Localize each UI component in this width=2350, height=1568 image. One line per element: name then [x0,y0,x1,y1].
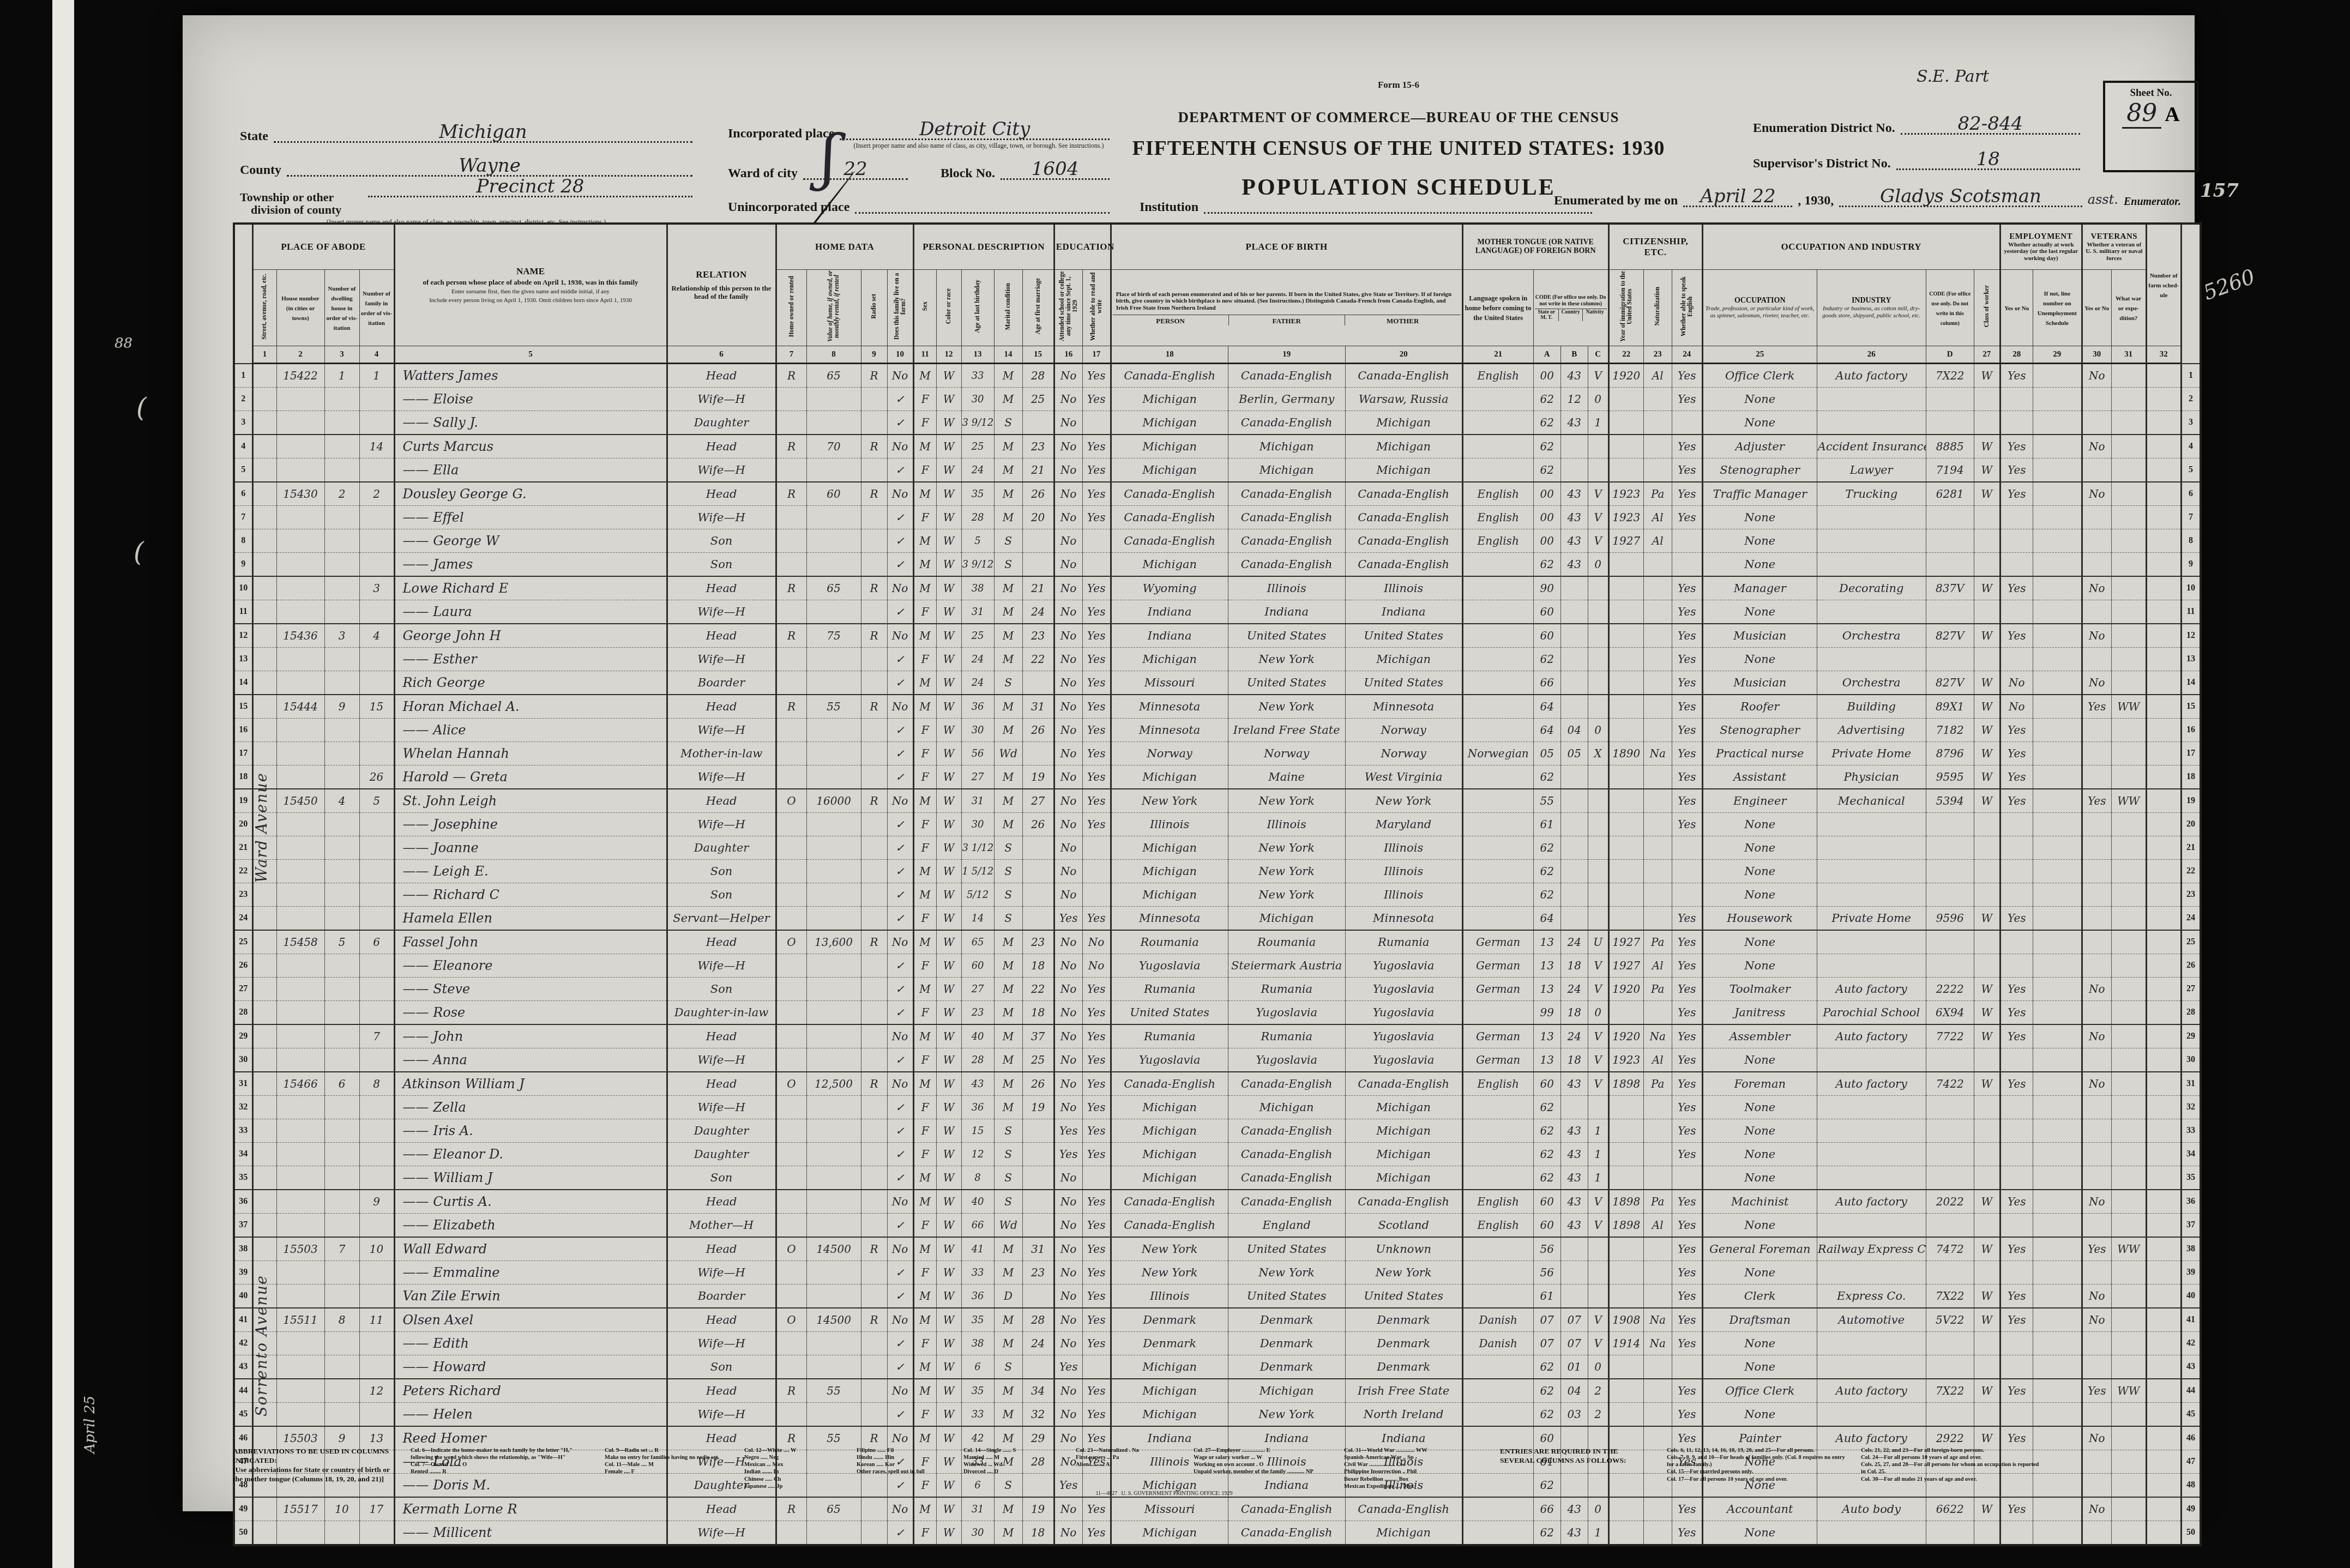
enumerated-year: , 1930, [1798,194,1834,207]
cell-bm: United States [1345,624,1462,648]
cell-cc [1588,1237,1608,1261]
cell-cc: 2 [1588,1379,1608,1403]
cell-lr: 45 [2181,1403,2201,1427]
cell-ln: 37 [234,1214,252,1238]
cell-sc: No [1054,624,1082,648]
cell-cc [1588,883,1608,907]
cell-bp: Yugoslavia [1111,1048,1228,1072]
cell-in [1817,1119,1926,1143]
cell-ow [776,1166,806,1190]
cell-bp: Indiana [1111,1426,1228,1450]
cell-am: 28 [1022,1308,1054,1332]
cell-st [252,1497,276,1521]
cell-cr: W [936,954,961,978]
cell-wl [2033,836,2082,860]
cell-nm: Reed Homer [394,1426,667,1450]
cell-hn [276,1521,324,1546]
cell-bm: Norway [1345,719,1462,742]
cell-st [252,482,276,506]
cell-cw: W [1974,978,2000,1001]
cell-ca: 60 [1533,1426,1560,1450]
cell-dw: 9 [324,1426,359,1450]
cell-in: Accident Insurance [1817,435,1926,459]
cell-bp: Canada-English [1111,529,1228,553]
cell-mt: English [1462,482,1533,506]
cell-rl: Wife—H [667,600,776,624]
place-of-birth-header: PLACE OF BIRTH [1111,224,1462,270]
cell-rd [861,529,887,553]
cell-vl [806,1261,861,1284]
cell-vw [2111,529,2146,553]
cell-cd [1926,1119,1974,1143]
table-row: 42—— EdithWife—H✓FW38M24NoYesDenmarkDenm… [234,1332,2201,1355]
form-number: Form 15-6 [990,80,1807,91]
cell-vl [806,671,861,695]
cell-fm [359,1096,394,1119]
cell-ow: O [776,1072,806,1096]
table-row: 61543022Dousley George G.HeadR60RNoMW35M… [234,482,2201,506]
cell-fm [359,1284,394,1308]
cell-oc: None [1702,930,1817,954]
cell-fa: ✓ [887,719,913,742]
cell-bf: Michigan [1228,907,1345,931]
cell-fs [2146,836,2181,860]
cell-nm: —— Laura [394,600,667,624]
cell-vy [2082,506,2111,529]
cell-am: 22 [1022,978,1054,1001]
cell-rd [861,553,887,577]
cell-cd: 5V22 [1926,1308,1974,1332]
cell-en: Yes [1672,1497,1702,1521]
cell-am: 32 [1022,1403,1054,1427]
state-label: State [240,130,268,143]
cell-nm: —— Richard C [394,883,667,907]
cell-na [1643,600,1672,624]
table-row: 9—— JamesSon✓MW3 9/12SNoMichiganCanada-E… [234,553,2201,577]
cell-vl [806,388,861,411]
cell-sc: Yes [1054,907,1082,931]
cell-bm: Yugoslavia [1345,1001,1462,1025]
cell-hn [276,600,324,624]
cell-cw: W [1974,1497,2000,1521]
cell-vl [806,1119,861,1143]
cell-bf: Rumania [1228,978,1345,1001]
cell-cb: 43 [1560,411,1588,435]
cell-mr: S [994,1166,1022,1190]
cell-sc: No [1054,1166,1082,1190]
cell-mt [1462,388,1533,411]
veteran-war-header: What war or expe­dition? [2111,270,2146,346]
cell-bp: Indiana [1111,624,1228,648]
cell-vl [806,1403,861,1427]
cell-ow [776,411,806,435]
cell-mr: M [994,789,1022,813]
cell-cb [1560,576,1588,600]
cell-vy [2082,1355,2111,1379]
sup-district-field: Supervisor's District No. 18 [1753,152,2080,170]
cell-ca: 13 [1533,1024,1560,1048]
cell-fa: ✓ [887,860,913,883]
cell-rw [1082,1355,1111,1379]
cell-vl: 65 [806,576,861,600]
cell-rl: Head [667,1426,776,1450]
cell-rd [861,1521,887,1546]
cell-rw: Yes [1082,1332,1111,1355]
cell-ag: 66 [961,1214,994,1238]
cell-rw: Yes [1082,576,1111,600]
employment-line-header: If not, line number on Unem­ployment Sch… [2033,270,2082,346]
cell-cc: 0 [1588,553,1608,577]
cell-dw [324,1166,359,1190]
cell-bf: Denmark [1228,1332,1345,1355]
relation-header: RELATION Relationship of this person to … [667,224,776,346]
cell-fs [2146,1001,2181,1025]
cell-fa: ✓ [887,459,913,483]
cell-ca: 62 [1533,1379,1560,1403]
cell-rd: R [861,1072,887,1096]
cell-na [1643,1096,1672,1119]
cell-fs [2146,1024,2181,1048]
cell-hn [276,860,324,883]
cell-ag: 40 [961,1190,994,1214]
cell-lr: 5 [2181,459,2201,483]
cell-sc: No [1054,529,1082,553]
cell-cw [1974,813,2000,836]
cell-cc: V [1588,506,1608,529]
cell-lr: 39 [2181,1261,2201,1284]
cell-cw [1974,411,2000,435]
cell-in [1817,1403,1926,1427]
cell-im [1608,1403,1643,1427]
cell-fa: ✓ [887,742,913,765]
cell-mr: M [994,1308,1022,1332]
cell-cd: 827V [1926,671,1974,695]
cell-dw [324,836,359,860]
cell-cb [1560,435,1588,459]
cell-am: 26 [1022,482,1054,506]
cell-lr: 14 [2181,671,2201,695]
cell-nm: —— Elizabeth [394,1214,667,1238]
cell-ow [776,836,806,860]
cell-bf: New York [1228,789,1345,813]
cell-wy: Yes [2000,907,2033,931]
cell-vy [2082,719,2111,742]
cell-rd: R [861,624,887,648]
cell-wy [2000,930,2033,954]
cell-bm: Yugoslavia [1345,978,1462,1001]
cell-ln: 50 [234,1521,252,1546]
cell-rw: Yes [1082,978,1111,1001]
cell-mr: M [994,1497,1022,1521]
cell-oc: None [1702,411,1817,435]
ward-value: 22 [803,161,908,180]
cell-cw [1974,1521,2000,1546]
cell-wy [2000,836,2033,860]
cell-oc: Practical nurse [1702,742,1817,765]
cell-bf: Maine [1228,765,1345,789]
cell-mr: M [994,813,1022,836]
cell-hn [276,1403,324,1427]
cell-bm: Denmark [1345,1355,1462,1379]
cell-im [1608,1237,1643,1261]
cell-rw: Yes [1082,789,1111,813]
cell-vw [2111,1048,2146,1072]
cell-mr: M [994,978,1022,1001]
marital-header: Marital condition [994,270,1022,346]
cell-mt [1462,1403,1533,1427]
cell-vw [2111,576,2146,600]
cell-fm: 12 [359,1379,394,1403]
cell-fs [2146,1096,2181,1119]
cell-vl: 14500 [806,1308,861,1332]
age-header: Age at last birthday [961,270,994,346]
cell-bm: Canada-English [1345,529,1462,553]
cell-cb [1560,789,1588,813]
cell-st [252,1143,276,1166]
cell-rw: Yes [1082,1403,1111,1427]
cell-mr: M [994,1001,1022,1025]
cell-fm [359,529,394,553]
cell-am: 34 [1022,1379,1054,1403]
cell-sc: No [1054,435,1082,459]
cell-mt: German [1462,1024,1533,1048]
cell-rw: No [1082,954,1111,978]
cell-rl: Head [667,1190,776,1214]
cell-rd [861,883,887,907]
cell-na: Pa [1643,978,1672,1001]
cell-mt: German [1462,930,1533,954]
cell-mt [1462,1143,1533,1166]
cell-nm: Dousley George G. [394,482,667,506]
table-row: 39—— EmmalineWife—H✓FW33M23NoYesNew York… [234,1261,2201,1284]
cell-sx: M [913,1166,936,1190]
cell-cd: 89X1 [1926,695,1974,719]
cell-wy: Yes [2000,624,2033,648]
cell-am: 23 [1022,1261,1054,1284]
cell-mr: S [994,553,1022,577]
cell-bp: Michigan [1111,765,1228,789]
cell-cr: W [936,1403,961,1427]
cell-bf: Michigan [1228,1379,1345,1403]
cell-nm: —— Emmaline [394,1261,667,1284]
cell-ow [776,648,806,671]
cell-dw [324,1379,359,1403]
cell-bf: Michigan [1228,459,1345,483]
cell-en: Yes [1672,388,1702,411]
cell-rw: Yes [1082,648,1111,671]
cell-fs [2146,695,2181,719]
cell-rd [861,1284,887,1308]
table-row: 3815503710Wall EdwardHeadO14500RNoMW41M3… [234,1237,2201,1261]
cell-mt: English [1462,529,1533,553]
cell-rl: Head [667,789,776,813]
cell-fm: 6 [359,930,394,954]
cell-cr: W [936,860,961,883]
cell-sc: No [1054,482,1082,506]
cell-wl [2033,1261,2082,1284]
cell-wy [2000,813,2033,836]
cell-ow [776,529,806,553]
cell-hn [276,1143,324,1166]
cell-fs [2146,459,2181,483]
cell-oc: Musician [1702,671,1817,695]
cell-ca: 13 [1533,930,1560,954]
cell-mr: M [994,576,1022,600]
cell-nm: —— Anna [394,1048,667,1072]
cell-mt [1462,907,1533,931]
cell-mt [1462,1379,1533,1403]
cell-in [1817,648,1926,671]
cell-sx: M [913,883,936,907]
cell-vl: 65 [806,1497,861,1521]
cell-oc: None [1702,506,1817,529]
cell-bp: Rumania [1111,1024,1228,1048]
cell-sx: F [913,388,936,411]
cell-am: 29 [1022,1426,1054,1450]
cell-im [1608,624,1643,648]
cell-bm: Yugoslavia [1345,1024,1462,1048]
cell-cr: W [936,553,961,577]
cell-cd [1926,553,1974,577]
cell-fm [359,836,394,860]
cell-mt: German [1462,978,1533,1001]
cell-vy: No [2082,1426,2111,1450]
sheet-label: Sheet No. [2105,87,2197,99]
cell-im [1608,576,1643,600]
cell-fm: 10 [359,1237,394,1261]
cell-wl [2033,719,2082,742]
cell-vl [806,1355,861,1379]
cell-cr: W [936,1143,961,1166]
cell-am [1022,1284,1054,1308]
cell-vw: WW [2111,695,2146,719]
class-of-worker-header: Class of worker [1974,270,2000,346]
cell-rl: Servant—Helper [667,907,776,931]
cell-cc [1588,789,1608,813]
cell-ca: 56 [1533,1237,1560,1261]
cell-bm: Michigan [1345,1096,1462,1119]
cell-in: Trucking [1817,482,1926,506]
cell-sc: No [1054,1521,1082,1546]
cell-en: Yes [1672,1119,1702,1143]
table-row: 13—— EstherWife—H✓FW24M22NoYesMichiganNe… [234,648,2201,671]
cell-cc [1588,624,1608,648]
cell-hn [276,1119,324,1143]
cell-im [1608,813,1643,836]
cell-oc: None [1702,954,1817,978]
cell-hn [276,813,324,836]
cell-dw: 9 [324,695,359,719]
cell-cr: W [936,411,961,435]
cell-bm: Illinois [1345,576,1462,600]
cell-vy [2082,388,2111,411]
cell-bp: Missouri [1111,671,1228,695]
cell-fs [2146,576,2181,600]
cell-vl [806,1166,861,1190]
cell-ag: 27 [961,978,994,1001]
cell-vw [2111,388,2146,411]
street-name-sorrento-avenue: Sorrento Avenue [254,1237,270,1455]
cell-vy: No [2082,1072,2111,1096]
cell-ag: 33 [961,1403,994,1427]
cell-vy [2082,553,2111,577]
cell-rw: Yes [1082,506,1111,529]
incorporated-field: Incorporated place Detroit City [728,122,1110,140]
cell-sx: M [913,789,936,813]
cell-mr: S [994,411,1022,435]
cell-cr: W [936,1048,961,1072]
cell-nm: —— Ella [394,459,667,483]
cell-fa: ✓ [887,671,913,695]
cell-fa: ✓ [887,1214,913,1238]
cell-ca: 64 [1533,907,1560,931]
cell-lr: 29 [2181,1024,2201,1048]
cell-mr: M [994,1024,1022,1048]
street-name-ward-avenue: Ward Avenue [254,670,270,986]
cell-im [1608,765,1643,789]
cell-rw: Yes [1082,742,1111,765]
cell-rw: Yes [1082,1261,1111,1284]
cell-cc: 0 [1588,388,1608,411]
cell-nm: Peters Richard [394,1379,667,1403]
table-row: 35—— William JSon✓MW8SNoMichiganCanada-E… [234,1166,2201,1190]
cell-vl [806,648,861,671]
cell-ca: 66 [1533,671,1560,695]
cell-ln: 34 [234,1143,252,1166]
cell-vy: No [2082,1497,2111,1521]
cell-hn [276,1261,324,1284]
cell-en: Yes [1672,1332,1702,1355]
cell-cb [1560,459,1588,483]
cell-fa: No [887,1024,913,1048]
cell-fa: ✓ [887,1166,913,1190]
cell-cw: W [1974,695,2000,719]
table-row: 4412Peters RichardHeadR55NoMW35M34NoYesM… [234,1379,2201,1403]
cell-rd [861,671,887,695]
cell-cd [1926,1048,1974,1072]
cell-cd [1926,836,1974,860]
cell-nm: Hamela Ellen [394,907,667,931]
cell-im: 1920 [1608,364,1643,388]
cell-en: Yes [1672,1284,1702,1308]
cell-oc: None [1702,1355,1817,1379]
cell-na: Na [1643,1308,1672,1332]
cell-dw [324,1096,359,1119]
cell-vw [2111,482,2146,506]
cell-im: 1898 [1608,1190,1643,1214]
cell-ln: 39 [234,1261,252,1284]
line-col-header-right [2181,224,2201,364]
cell-rd [861,1166,887,1190]
cell-fa: ✓ [887,506,913,529]
cell-hn [276,1379,324,1403]
cell-vw [2111,719,2146,742]
cell-fm: 4 [359,624,394,648]
table-row: 369—— Curtis A.HeadNoMW40SNoYesCanada-En… [234,1190,2201,1214]
cell-en [1672,883,1702,907]
cell-wl [2033,1355,2082,1379]
cell-fa: No [887,435,913,459]
cell-fm [359,978,394,1001]
cell-fa: ✓ [887,1332,913,1355]
cell-vw [2111,459,2146,483]
cell-en: Yes [1672,907,1702,931]
cell-nm: —— Josephine [394,813,667,836]
cell-ag: 31 [961,600,994,624]
cell-rl: Daughter [667,1119,776,1143]
cell-wy [2000,1521,2033,1546]
cell-sc: No [1054,388,1082,411]
